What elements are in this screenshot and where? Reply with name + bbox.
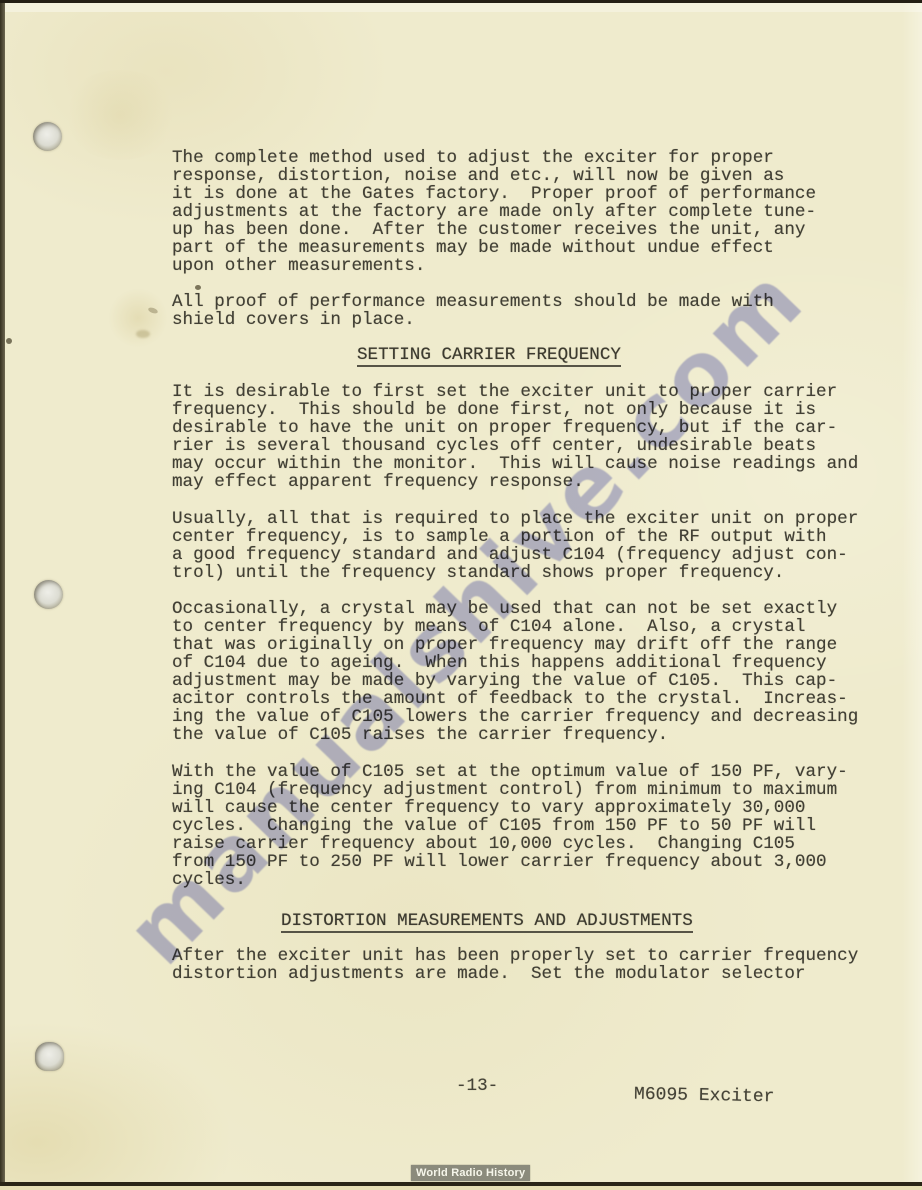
page-number: -13- [456, 1076, 498, 1096]
world-radio-history-badge: World Radio History [411, 1165, 530, 1181]
paragraph-carrier-1: It is desirable to first set the exciter… [172, 383, 858, 491]
paragraph-shield-covers: All proof of performance measurements sh… [172, 293, 774, 329]
punch-hole-bottom [35, 1042, 64, 1071]
punch-hole-middle [34, 580, 63, 609]
paragraph-distortion-1: After the exciter unit has been properly… [172, 947, 858, 983]
scanned-manual-page: The complete method used to adjust the e… [0, 0, 922, 1190]
scan-edge-top-light [0, 3, 922, 12]
paragraph-carrier-3: Occasionally, a crystal may be used that… [172, 600, 858, 744]
paper-stain [108, 288, 168, 348]
paragraph-carrier-4: With the value of C105 set at the optimu… [172, 763, 848, 889]
heading-distortion-measurements: DISTORTION MEASUREMENTS AND ADJUSTMENTS [281, 912, 693, 933]
ink-speck [195, 285, 201, 290]
paper-stain [60, 70, 180, 160]
heading-setting-carrier-frequency: SETTING CARRIER FREQUENCY [357, 346, 621, 367]
ink-speck [6, 338, 12, 344]
paragraph-carrier-2: Usually, all that is required to place t… [172, 510, 858, 582]
scan-edge-bottom-light [0, 1186, 922, 1190]
ink-speck [136, 330, 150, 338]
scan-edge-left [0, 3, 5, 1185]
document-reference: M6095 Exciter [634, 1085, 775, 1108]
scan-edge-right [902, 3, 922, 1183]
paragraph-intro: The complete method used to adjust the e… [172, 149, 816, 275]
punch-hole-top [33, 122, 62, 151]
